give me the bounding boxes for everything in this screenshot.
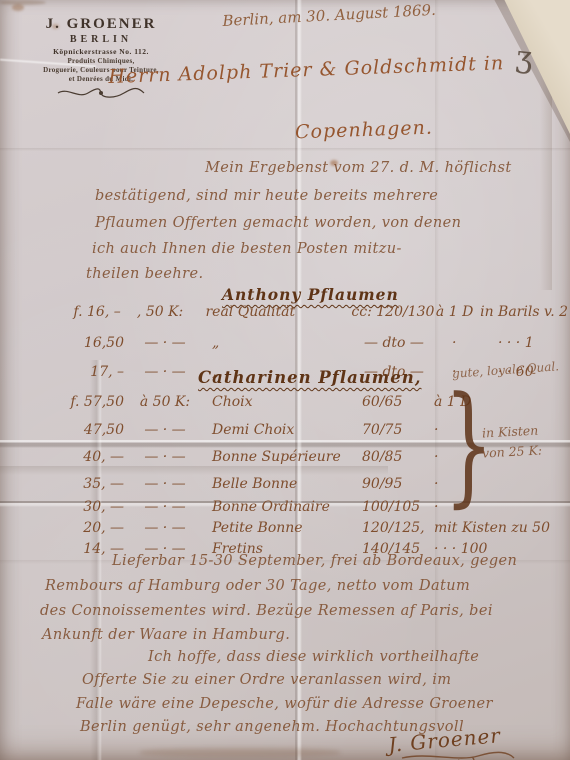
size-cell: 60/65 bbox=[362, 394, 434, 410]
anthony-table-header: Anthony Pflaumen bbox=[222, 285, 399, 304]
body-line: Offerte Sie zu einer Ordre veranlassen w… bbox=[82, 672, 451, 688]
size-cell: cc: 120/130 bbox=[351, 304, 436, 320]
brace-note-line: in Kisten bbox=[482, 423, 539, 441]
rate-cell: · bbox=[452, 335, 498, 351]
table-row: 16,50 — · — „ — dto — · · · · 1 bbox=[42, 335, 568, 351]
size-cell: 90/95 bbox=[362, 476, 434, 492]
note-cell: · · · 1 bbox=[498, 335, 568, 351]
body-line: ich auch Ihnen die besten Posten mitzu- bbox=[92, 241, 402, 257]
price-cell: f. 16, – bbox=[42, 304, 121, 320]
price-cell: 47,50 bbox=[42, 422, 124, 438]
unit-cell: — · — bbox=[124, 476, 206, 492]
stain-mark bbox=[12, 4, 24, 11]
size-cell: 100/105 bbox=[362, 499, 434, 515]
price-cell: 40, — bbox=[42, 449, 124, 465]
unit-cell: à 50 K: bbox=[124, 394, 206, 410]
body-line: Lieferbar 15-30 September, frei ab Borde… bbox=[112, 553, 517, 569]
price-cell: 20, — bbox=[42, 520, 124, 536]
table-row: f. 16, – , 50 K: real Qualität cc: 120/1… bbox=[42, 304, 568, 320]
unit-cell: — · — bbox=[124, 449, 206, 465]
quality-cell: Bonne Supérieure bbox=[206, 449, 362, 465]
size-cell: 120/125, bbox=[362, 520, 434, 536]
brace-note-line: von 25 K: bbox=[482, 442, 543, 460]
unit-cell: — · — bbox=[124, 499, 206, 515]
price-cell: f. 57,50 bbox=[42, 394, 124, 410]
catharinen-table-header: Catharinen Pflaumen, bbox=[198, 368, 422, 387]
quality-cell: „ bbox=[206, 335, 364, 351]
body-line: des Connoissementes wird. Bezüge Remesse… bbox=[40, 603, 493, 619]
letterhead-flourish-icon bbox=[56, 87, 146, 99]
letterhead-street: Köpnickerstrasse No. 112. bbox=[22, 47, 180, 56]
brace-mark: } bbox=[444, 386, 494, 502]
unit-cell: — · — bbox=[124, 422, 206, 438]
fold-crease bbox=[435, 0, 439, 760]
quality-cell: Choix bbox=[206, 394, 362, 410]
body-line: Falle wäre eine Depesche, wofür die Adre… bbox=[76, 696, 493, 712]
price-cell: 17, – bbox=[42, 364, 124, 380]
body-line: Ankunft der Waare in Hamburg. bbox=[42, 627, 290, 643]
margin-mark: ʒ bbox=[514, 39, 535, 76]
body-line: bestätigend, sind mir heute bereits mehr… bbox=[95, 188, 438, 204]
size-cell: — dto — bbox=[364, 335, 452, 351]
body-line: Mein Ergebenst vom 27. d. M. höflichst bbox=[205, 160, 512, 176]
quality-cell: Belle Bonne bbox=[206, 476, 362, 492]
body-line: Pflaumen Offerten gemacht worden, von de… bbox=[95, 215, 461, 231]
letterhead: J. GROENER BERLIN Köpnickerstrasse No. 1… bbox=[22, 16, 180, 99]
letterhead-city: BERLIN bbox=[22, 34, 180, 45]
rate-cell: mit Kisten zu 50 bbox=[434, 520, 480, 536]
unit-cell: — · — bbox=[124, 335, 206, 351]
dateline: Berlin, am 30. August 1869. bbox=[222, 1, 436, 30]
unit-cell: — · — bbox=[124, 520, 206, 536]
price-cell: 30, — bbox=[42, 499, 124, 515]
price-cell: 16,50 bbox=[42, 335, 124, 351]
stain-mark bbox=[140, 748, 340, 757]
quality-cell: Bonne Ordinaire bbox=[206, 499, 362, 515]
body-line: theilen beehre. bbox=[86, 266, 203, 282]
address-line: Copenhagen. bbox=[295, 117, 434, 144]
table-row: 20, — — · — Petite Bonne 120/125, mit Ki… bbox=[42, 520, 568, 536]
body-line: Rembours af Hamburg oder 30 Tage, netto … bbox=[45, 578, 470, 594]
body-line: Ich hoffe, dass diese wirklich vortheilh… bbox=[148, 649, 479, 665]
letterhead-name: J. GROENER bbox=[22, 16, 180, 33]
size-cell: 80/85 bbox=[362, 449, 434, 465]
unit-cell: — · — bbox=[124, 364, 206, 380]
unit-cell: , 50 K: bbox=[121, 304, 200, 320]
quality-cell: real Qualität bbox=[199, 304, 351, 320]
rate-cell: à 1 D bbox=[436, 304, 480, 320]
quality-cell: Petite Bonne bbox=[206, 520, 362, 536]
stain-mark bbox=[0, 0, 46, 5]
size-cell: 70/75 bbox=[362, 422, 434, 438]
note-cell: in Barils v. 2 bbox=[480, 304, 568, 320]
price-cell: 35, — bbox=[42, 476, 124, 492]
letter-page: J. GROENER BERLIN Köpnickerstrasse No. 1… bbox=[0, 0, 570, 760]
quality-cell: Demi Choix bbox=[206, 422, 362, 438]
fold-crease bbox=[0, 148, 570, 152]
signature-flourish-icon bbox=[398, 750, 518, 760]
